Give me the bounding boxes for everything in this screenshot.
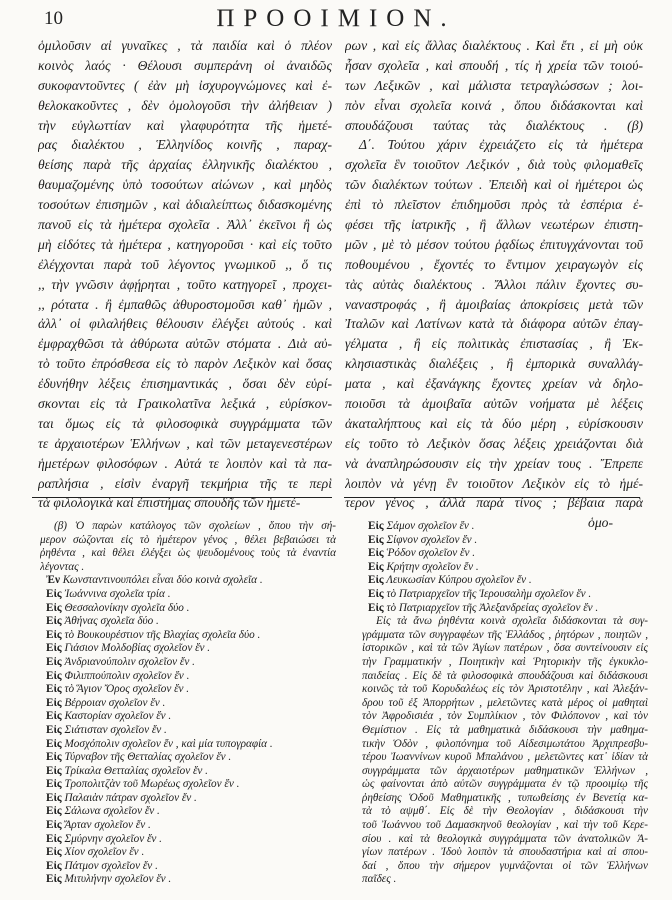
school-list-item: Εἰς Παλαιὰν πάτραν σχολεῖον ἕν . [40, 792, 336, 806]
text-line: Ἰταλῶν καὶ Λατίνων κατὰ τὰ διάφορα αὐτῶν… [345, 314, 643, 334]
list-item-text: Τροπολιτζὰν τοῦ Μωρέως σχολεῖον ἕν . [62, 778, 240, 790]
school-list-item: Εἰς Σίφνον σχολεῖον ἕν . [362, 534, 648, 548]
text-line: ραπλήσια , εἰσὶν ἐναργῆ τεκμήρια τῆς τε … [38, 474, 332, 494]
list-item-text: τὸ Πατριαρχεῖον τῆς Ἱερουσαλὴμ σχολεῖον … [384, 588, 592, 600]
list-item-text: Χίον σχολεῖον ἕν . [62, 846, 145, 858]
list-item-lead: Εἰς [368, 588, 384, 600]
text-line: δρου τοῦ ἐξ Ἀπορρήτων , μελετῶντες κατὰ … [362, 697, 648, 711]
school-list-item: Εἰς Τύρναβον τῆς Θετταλίας σχολεῖον ἕν . [40, 751, 336, 765]
list-item-lead: Εἰς [46, 738, 62, 750]
text-line: μὴ εἰδότες τὰ ἡμέτερα , κατηγοροῦσι · κα… [38, 235, 332, 255]
school-list-item: Εἰς Σιάτισταν σχολεῖον ἕν . [40, 724, 336, 738]
text-line: γράμματα τῶν συγγραφέων τῆς Ἑλλάδος , ῥη… [362, 629, 648, 643]
text-line: των Λεξικῶν , καὶ μάλιστα τετραγλώσσων ;… [345, 76, 643, 96]
list-item-text: Κωνσταντινουπόλει εἶναι δύο κοινὰ σχολεῖ… [60, 574, 263, 586]
text-line: τὴν Γραμματικήν , Ποιητικὴν καὶ Ῥητορικὴ… [362, 656, 648, 670]
school-list-item: Εἰς τὸ Πατριαρχεῖον τῆς Ἱερουσαλὴμ σχολε… [362, 588, 648, 602]
school-list-item: Εἰς Βέρροιαν σχολεῖον ἕν . [40, 697, 336, 711]
body-left-column: ὁμιλοῦσιν αἱ γυναῖκες , τὰ παιδία καὶ ὁ … [38, 36, 332, 513]
text-line: νὰ ἀναπληρώσουσιν εἰς τὴν χρείαν τους . … [345, 454, 643, 474]
text-line: ποθουμένου , ἔχοντές το ἔντιμον χειραγωγ… [345, 255, 643, 275]
text-line: Θεμίστιον . Εἰς τὰ μαθηματικὰ διδάσκουσι… [362, 724, 648, 738]
list-item-text: Σίφνον σχολεῖον ἕν . [384, 534, 478, 546]
list-item-text: Ἀνδριανούπολιν σχολεῖον ἕν . [62, 656, 195, 668]
text-line: κοινῶς τὰ τοῦ Κορυδαλέως εἰς τὸν Ἀριστοτ… [362, 683, 648, 697]
list-item-text: Τύρναβον τῆς Θετταλίας σχολεῖον ἕν . [62, 751, 232, 763]
school-list-item: Εἰς Θεσσαλονίκην σχολεῖα δύο . [40, 602, 336, 616]
text-line: ὁμιλοῦσιν αἱ γυναῖκες , τὰ παιδία καὶ ὁ … [38, 36, 332, 56]
school-list-item: Εἰς Λευκωσίαν Κύπρου σχολεῖον ἕν . [362, 574, 648, 588]
school-list-left: Ἐν Κωνσταντινουπόλει εἶναι δύο κοινὰ σχο… [40, 574, 336, 887]
school-list-right: Εἰς Σάμον σχολεῖον ἕν .Εἰς Σίφνον σχολεῖ… [362, 520, 648, 615]
school-list-item: Εἰς Χίον σχολεῖον ἕν . [40, 846, 336, 860]
text-line: ἦσαν σχολεῖα , καὶ σπουδή , τίς ἡ χρεία … [345, 56, 643, 76]
list-item-lead: Εἰς [46, 751, 62, 763]
list-item-text: Τρίκαλα Θετταλίας σχολεῖον ἕν . [62, 765, 208, 777]
list-item-lead: Εἰς [46, 670, 62, 682]
list-item-lead: Εἰς [368, 547, 384, 559]
text-line: τὰ τὸ αψμθ΄. Εἰς δὲ τὴν Θεολογίαν , διδά… [362, 805, 648, 819]
text-line: κλησιαστικὰς διαλέξεις , ἢ ἐμπορικὰ συνα… [345, 354, 643, 374]
text-line: σίου . καὶ τὰ θεολογικὰ συγγράμματα τῶν … [362, 833, 648, 847]
text-line: τοσούτων ἐπισημῶν , καὶ ἀδιαλείπτως διδα… [38, 195, 332, 215]
school-list-item: Εἰς τὸ Πατριαρχεῖον τῆς Ἀλεξανδρείας σχο… [362, 602, 648, 616]
list-item-text: τὸ Βουκουρέστιον τῆς Βλαχίας σχολεῖα δύο… [62, 629, 261, 641]
list-item-lead: Εἰς [46, 683, 62, 695]
list-item-lead: Εἰς [46, 615, 62, 627]
text-line: δαί , ὅπου τὴν σήμερον γυμνάζονται οἱ τῶ… [362, 860, 648, 874]
text-line: συκοφαντοῦντες ( ἐὰν μὴ ἰσχυρογνώμονες κ… [38, 76, 332, 96]
list-item-lead: Εἰς [46, 765, 62, 777]
text-line: Εἰς τὰ ἄνω ῥηθέντα κοινὰ σχολεῖα διδάσκο… [362, 615, 648, 629]
text-line: μῶν , μὲ τὸ μέσον τούτου ῥᾳδίως ἐπιτυγχά… [345, 235, 643, 255]
list-item-text: Πάτμον σχολεῖον ἕν . [62, 860, 158, 872]
text-line: τέρου Ἰωαννίνων κυροῦ Μπαλάνου , μελετῶν… [362, 751, 648, 765]
list-item-text: Μοσχόπολιν σχολεῖον ἕν , καὶ μία τυπογρα… [62, 738, 273, 750]
text-line: λοιπὸν νὰ γένῃ ἓν τοιοῦτον Λεξικὸν εἰς τ… [345, 474, 643, 494]
text-line: ἐπὶ τὸ πλεῖστον ἐπιδημοῦσι πρὸς τὰ ἑσπέρ… [345, 195, 643, 215]
list-item-text: Ἀθήνας σχολεῖα δύο . [62, 615, 159, 627]
school-list-item: Εἰς Σάμον σχολεῖον ἕν . [362, 520, 648, 534]
text-line: φέσει τῆς ἰατρικῆς , ἢ ἄλλων νεωτέρων ἐπ… [345, 215, 643, 235]
footnote-left-column: (β) Ὁ παρὼν κατάλογος τῶν σχολείων , ὅπο… [40, 520, 336, 887]
list-item-text: Σάμον σχολεῖον ἕν . [384, 520, 475, 532]
list-item-text: Ῥόδον σχολεῖον ἕν . [384, 547, 475, 559]
list-item-lead: Εἰς [46, 833, 62, 845]
footnote-intro: (β) Ὁ παρὼν κατάλογος τῶν σχολείων , ὅπο… [40, 520, 336, 574]
text-line: τε ἀρχαιοτέρων Ἑλλήνων , καὶ τῶν μεταγεν… [38, 434, 332, 454]
list-item-lead: Εἰς [46, 602, 62, 614]
text-line: ποιοῦσι τὰ ἀμοιβαῖα αὐτῶν νοήματα μὲ λέξ… [345, 394, 643, 414]
list-item-lead: Εἰς [46, 873, 62, 885]
text-line: θελοκακοῦντες , δὲν ὁμολογοῦσι τὴν ἀλήθε… [38, 96, 332, 116]
list-item-text: τὸ Πατριαρχεῖον τῆς Ἀλεξανδρείας σχολεῖο… [384, 602, 599, 614]
list-item-lead: Εἰς [46, 792, 62, 804]
text-line: ἐμφραχθῶσι τὰ ἀθύρωτα αὐτῶν στόματα . Δι… [38, 334, 332, 354]
school-list-item: Εἰς Ἰωάννινα σχολεῖα τρία . [40, 588, 336, 602]
text-line: ,, ρότατα . ἢ ἐμπαθῶς ἀθυροστομοῦσι καθ᾽… [38, 295, 332, 315]
text-line: ἐδυνήθην λέξεις ἐπισημαντικάς , ὅσαι δὲν… [38, 374, 332, 394]
text-line: σχολεῖα ἓν τοιοῦτον Λεξικόν , διὰ τοὺς φ… [345, 155, 643, 175]
footnote-right-column: Εἰς Σάμον σχολεῖον ἕν .Εἰς Σίφνον σχολεῖ… [362, 520, 648, 887]
text-line: συγγράμματα τῶν ἀρχαιοτέρων μαθηματικῶν … [362, 765, 648, 779]
school-list-item: Εἰς Ἀθήνας σχολεῖα δύο . [40, 615, 336, 629]
list-item-lead: Εἰς [46, 710, 62, 722]
text-line: ἐλέγχονται παρὰ τοῦ λέγοντος γνωμικοῦ ,,… [38, 255, 332, 275]
school-list-item: Εἰς Πάτμον σχολεῖον ἕν . [40, 860, 336, 874]
list-item-lead: Εἰς [46, 819, 62, 831]
text-line: σκονται εἰς τὰ Γραικολατῖνα λεξικά , εὑρ… [38, 394, 332, 414]
list-item-text: Σμύρνην σχολεῖον ἕν . [62, 833, 162, 845]
list-item-text: Ἰωάννινα σχολεῖα τρία . [62, 588, 171, 600]
list-item-lead: Εἰς [46, 642, 62, 654]
list-item-text: Σάλωνα σχολεῖον ἕν . [62, 805, 160, 817]
text-line: γέλματα , ἢ εἰς πολιτικὰς ἐπιστασίας , ἢ… [345, 334, 643, 354]
text-line: ἀλλ᾽ οἱ φιλαλήθεις θέλουσιν ἐλέγξει αὐτο… [38, 314, 332, 334]
list-item-text: τὸ Ἅγιον Ὄρος σχολεῖον ἕν . [62, 683, 189, 695]
text-line: ,, τὴν γνῶσιν ἀφῄρηται , τοῦτο κατηγορεῖ… [38, 275, 332, 295]
book-page: 10 ΠΡΟΟΙΜΙΟΝ. ὁμιλοῦσιν αἱ γυναῖκες , τὰ… [0, 0, 672, 900]
text-line: ὡς φαίνονται ἀπὸ αὐτῶν συγγράμματα ἐν τῷ… [362, 778, 648, 792]
school-list-item: Εἰς Κρήτην σχολεῖον ἕν . [362, 561, 648, 575]
text-line: ἀκαταλήπτους καὶ εἰς τὰ δύο μέρη , εὑρίσ… [345, 414, 643, 434]
list-item-lead: Εἰς [46, 724, 62, 736]
list-item-text: Γιάσιον Μολδοβίας σχολεῖον ἕν . [62, 642, 210, 654]
school-list-item: Εἰς τὸ Ἅγιον Ὄρος σχολεῖον ἕν . [40, 683, 336, 697]
text-line: πὸν εἶναι σχολεῖα κοινά , ὅπου διδάσκοντ… [345, 96, 643, 116]
school-list-item: Εἰς Σμύρνην σχολεῖον ἕν . [40, 833, 336, 847]
school-list-item: Εἰς Μιτυλήνην σχολεῖον ἕν . [40, 873, 336, 887]
text-line: κοινὸς λαός · Θέλουσι συμπεράνη οἱ ἀναιδ… [38, 56, 332, 76]
text-line: λέγοντας . [40, 561, 336, 575]
text-line: ναναστροφάς , ἢ ἀμοιβαίας ἀποκρίσεις μετ… [345, 295, 643, 315]
list-item-lead: Εἰς [368, 561, 384, 573]
text-line: τῶν διαλέκτων τούτων . Ἐπειδὴ καὶ οἱ ἡμέ… [345, 175, 643, 195]
list-item-lead: Εἰς [46, 805, 62, 817]
text-line: θείσης παρὰ τῆς ἀρχαίας ἑλληνικῆς διαλέκ… [38, 155, 332, 175]
text-line: τὴν εὐγλωττίαν καὶ γλαφυρότητα τῆς ἡμετέ… [38, 116, 332, 136]
list-item-text: Ἄρταν σχολεῖον ἕν . [62, 819, 151, 831]
list-item-text: Θεσσαλονίκην σχολεῖα δύο . [62, 602, 190, 614]
list-item-text: Σιάτισταν σχολεῖον ἕν . [62, 724, 167, 736]
text-line: τὰς αὐτὰς διαλέκτους . Ἄλλοι πάλιν ἔχοντ… [345, 275, 643, 295]
list-item-lead: Εἰς [46, 697, 62, 709]
text-line: (β) Ὁ παρὼν κατάλογος τῶν σχολείων , ὅπο… [40, 520, 336, 534]
text-line: εἰς τοῦτο τὸ Λεξικὸν ὅσας λέξεις χρειάζο… [345, 434, 643, 454]
school-list-item: Ἐν Κωνσταντινουπόλει εἶναι δύο κοινὰ σχο… [40, 574, 336, 588]
list-item-text: Μιτυλήνην σχολεῖον ἕν . [62, 873, 172, 885]
school-list-item: Εἰς Γιάσιον Μολδοβίας σχολεῖον ἕν . [40, 642, 336, 656]
school-list-item: Εἰς Σάλωνα σχολεῖον ἕν . [40, 805, 336, 819]
list-item-text: Παλαιὰν πάτραν σχολεῖον ἕν . [62, 792, 197, 804]
list-item-lead: Εἰς [46, 778, 62, 790]
list-item-lead: Εἰς [46, 860, 62, 872]
curriculum-paragraph: Εἰς τὰ ἄνω ῥηθέντα κοινὰ σχολεῖα διδάσκο… [362, 615, 648, 887]
text-line: τὸν Ἀφροδισιέα , τὸν Συμπλίκιον , τὸν Φι… [362, 710, 648, 724]
school-list-item: Εἰς Τροπολιτζὰν τοῦ Μωρέως σχολεῖον ἕν . [40, 778, 336, 792]
list-item-lead: Εἰς [368, 520, 384, 532]
text-line: ῥηθείσης Ὁδοῦ Μαθηματικῆς , τυπωθείσης ἐ… [362, 792, 648, 806]
text-line: σπουδάζουσι ταύτας τὰς διαλέκτους . (β) [345, 116, 643, 136]
list-item-text: Κρήτην σχολεῖον ἕν . [384, 561, 479, 573]
text-line: ῥηθέντα , καὶ θέλει ἐλέγξει ὡς ψευδομένο… [40, 547, 336, 561]
list-item-lead: Ἐν [46, 574, 60, 586]
school-list-item: Εἰς τὸ Βουκουρέστιον τῆς Βλαχίας σχολεῖα… [40, 629, 336, 643]
text-line: τοῦ Ἰωάννου τοῦ Δαμασκηνοῦ θεολογίαν , κ… [362, 819, 648, 833]
body-right-column: ρων , καὶ εἰς ἄλλας διαλέκτους . Καὶ ἔτι… [345, 36, 643, 533]
running-title: ΠΡΟΟΙΜΙΟΝ. [0, 5, 672, 33]
text-line: ἱστορικῶν , καὶ τὰ τῶν Ἁγίων πατέρων , ὅ… [362, 642, 648, 656]
text-line: πανοῦ εἰς τὰ ἡμέτερα σχολεῖα . Ἀλλ᾽ ἐκεῖ… [38, 215, 332, 235]
list-item-text: Φιλιππούπολιν σχολεῖον ἕν . [62, 670, 190, 682]
school-list-item: Εἰς Ἄρταν σχολεῖον ἕν . [40, 819, 336, 833]
page-header: 10 ΠΡΟΟΙΜΙΟΝ. [0, 2, 672, 36]
text-line: παιδείας . Εἰς δὲ τὰ φιλοσοφικὰ σπουδάζο… [362, 670, 648, 684]
list-item-text: Καστορίαν σχολεῖον ἕν . [62, 710, 172, 722]
list-item-lead: Εἰς [46, 656, 62, 668]
list-item-text: Λευκωσίαν Κύπρου σχολεῖον ἕν . [384, 574, 532, 586]
list-item-lead: Εἰς [46, 629, 62, 641]
footnote-divider-left [32, 497, 332, 498]
school-list-item: Εἰς Ἀνδριανούπολιν σχολεῖον ἕν . [40, 656, 336, 670]
list-item-lead: Εἰς [368, 534, 384, 546]
text-line: ρας διαλέκτου , Ἑλληνίδος κοινῆς , παραχ… [38, 135, 332, 155]
list-item-lead: Εἰς [368, 602, 384, 614]
text-line: ται ὅμως εἰς τὰ φιλοσοφικὰ συγγράμματα τ… [38, 414, 332, 434]
text-line: ματα , καὶ ἐξανάγκης ἔχοντες χρείαν νὰ δ… [345, 374, 643, 394]
text-line: Δ΄. Τούτου χάριν ἐχρειάζετο εἰς τὰ ἡμέτε… [345, 135, 643, 155]
school-list-item: Εἰς Καστορίαν σχολεῖον ἕν . [40, 710, 336, 724]
list-item-lead: Εἰς [46, 846, 62, 858]
list-item-text: Βέρροιαν σχολεῖον ἕν . [62, 697, 166, 709]
text-line: τικὴν Ὁδὸν , φιλοπόνημα τοῦ Αἰδεσιμωτάτο… [362, 738, 648, 752]
footnote-divider-right [344, 497, 640, 498]
text-line: ρων , καὶ εἰς ἄλλας διαλέκτους . Καὶ ἔτι… [345, 36, 643, 56]
school-list-item: Εἰς Μοσχόπολιν σχολεῖον ἕν , καὶ μία τυπ… [40, 738, 336, 752]
school-list-item: Εἰς Ῥόδον σχολεῖον ἕν . [362, 547, 648, 561]
text-line: τὸ τοῦτο ἐπρόσθεσα εἰς τὸ παρὸν Λεξικὸν … [38, 354, 332, 374]
school-list-item: Εἰς Τρίκαλα Θετταλίας σχολεῖον ἕν . [40, 765, 336, 779]
text-line: γίων πατέρων . Ἰδοὺ λοιπὸν τὰ σπουδαστήρ… [362, 846, 648, 860]
school-list-item: Εἰς Φιλιππούπολιν σχολεῖον ἕν . [40, 670, 336, 684]
text-line: παῖδες . [362, 873, 648, 887]
text-line: ἡμετέρων φιλοσόφων . Αὐτά τε λοιπὸν καὶ … [38, 454, 332, 474]
list-item-lead: Εἰς [46, 588, 62, 600]
text-line: μερον σώζονται εἰς τὸ ἡμέτερον γένος , θ… [40, 534, 336, 548]
text-line: θαυμαζομένης ὑπὸ τοσούτων αἰώνων , καὶ μ… [38, 175, 332, 195]
list-item-lead: Εἰς [368, 574, 384, 586]
